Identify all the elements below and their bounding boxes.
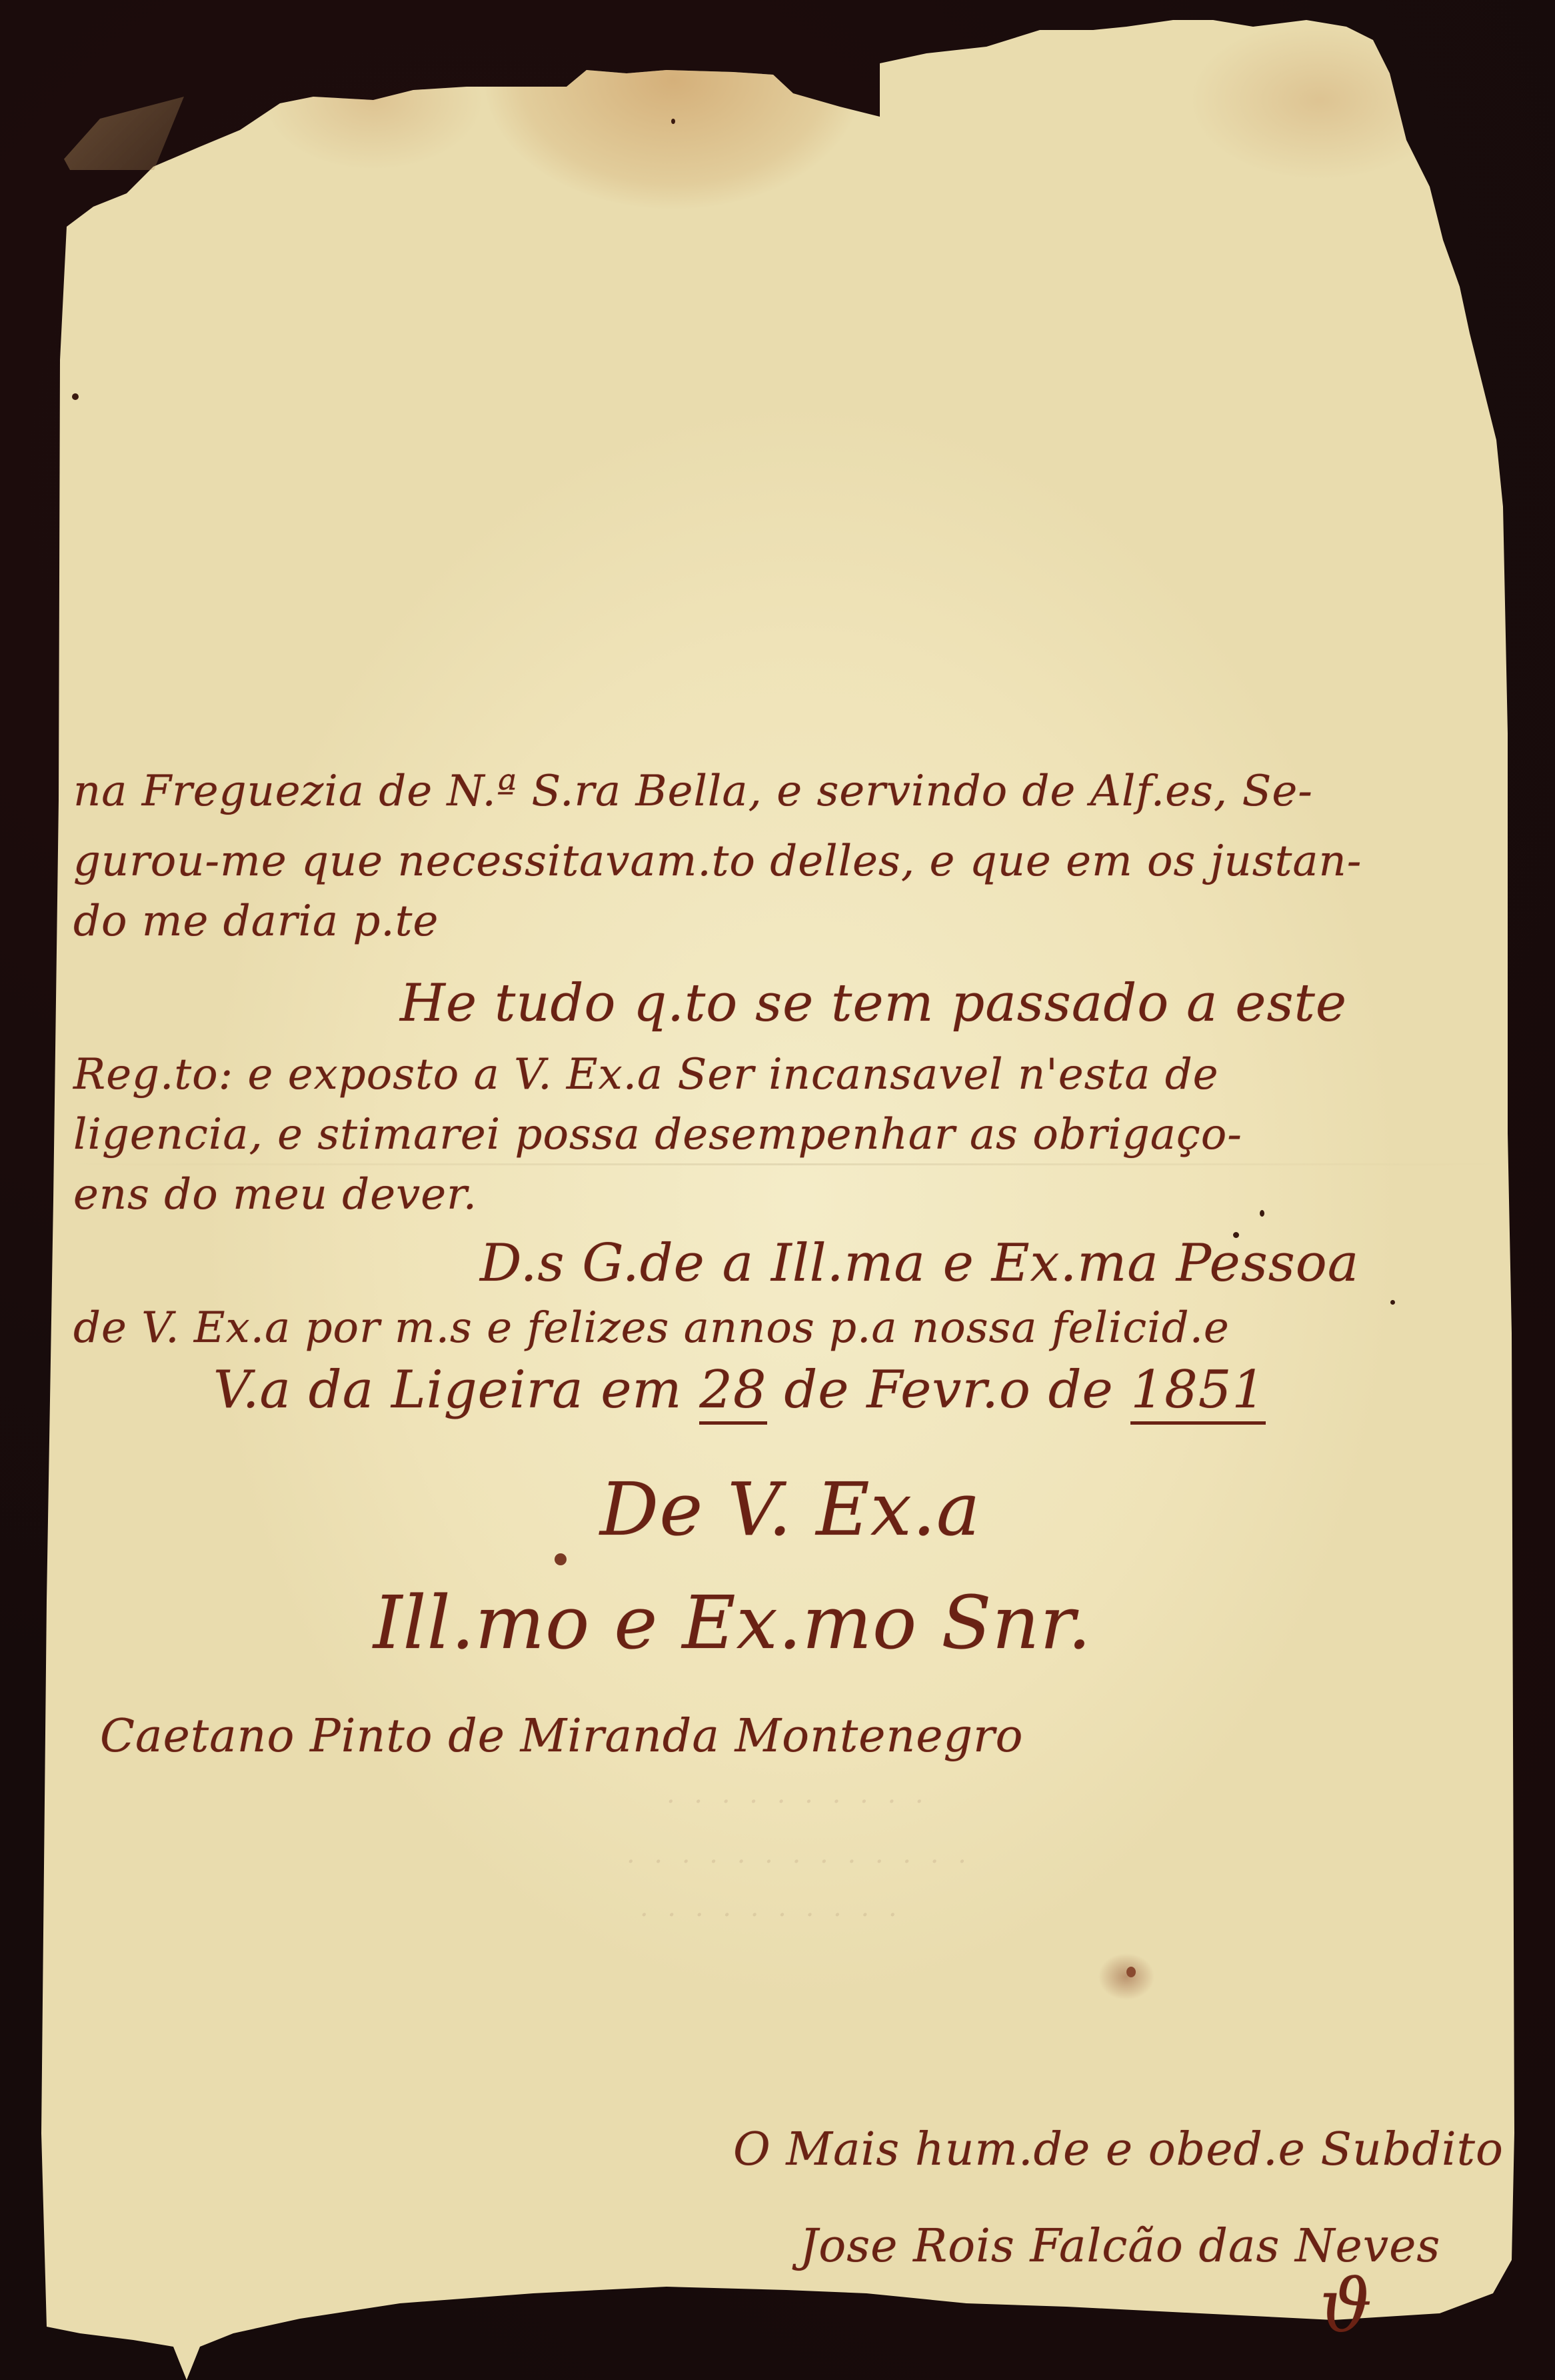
bleed-through-text: · · · · · · · · · · · · · — [627, 1847, 972, 1877]
closing-blessing-2: de V. Ex.a por m.s e felizes annos p.a n… — [73, 1303, 1230, 1353]
place-date-line: V.a da Ligeira em 28 de Fevr.o de 1851 — [213, 1360, 1266, 1420]
ink-speck — [671, 119, 675, 124]
bleed-through-text: · · · · · · · · · · — [667, 1787, 929, 1817]
letter-line-4: He tudo q.to se tem passado a este — [400, 973, 1347, 1033]
ink-speck — [1390, 1300, 1395, 1305]
ink-blot — [1126, 1967, 1136, 1977]
closing-blessing-1: D.s G.de a Ill.ma e Ex.ma Pessoa — [480, 1233, 1359, 1293]
letter-line-3: do me daria p.te — [73, 897, 439, 946]
letter-line-1: na Freguezia de N.ª S.ra Bella, e servin… — [73, 767, 1313, 816]
address-de: De V. Ex.a — [600, 1467, 980, 1552]
subscription-line: O Mais hum.de e obed.e Subdito — [733, 2123, 1504, 2176]
date-year: 1851 — [1130, 1360, 1266, 1425]
bleed-through-text: · · · · · · · · · · — [640, 1900, 902, 1931]
ink-blot — [555, 1553, 567, 1565]
address-honorific: Ill.mo e Ex.mo Snr. — [373, 1580, 1092, 1665]
letter-line-7: ens do meu dever. — [73, 1170, 477, 1219]
ink-speck — [1260, 1210, 1264, 1217]
letter-line-2: gurou-me que necessitavam.to delles, e q… — [73, 837, 1362, 886]
signature-flourish: ϑ — [1320, 2263, 1373, 2349]
place-date-prefix: V.a da Ligeira em — [213, 1360, 699, 1420]
recipient-name: Caetano Pinto de Miranda Montenegro — [100, 1710, 1023, 1763]
letter-line-6: ligencia, e stimarei possa desempenhar a… — [73, 1110, 1242, 1159]
date-day: 28 — [699, 1360, 767, 1425]
ink-speck — [72, 393, 79, 400]
letter-line-5: Reg.to: e exposto a V. Ex.a Ser incansav… — [73, 1050, 1219, 1099]
date-month: de Fevr.o de — [767, 1360, 1131, 1420]
fold-crease — [60, 1163, 1513, 1165]
